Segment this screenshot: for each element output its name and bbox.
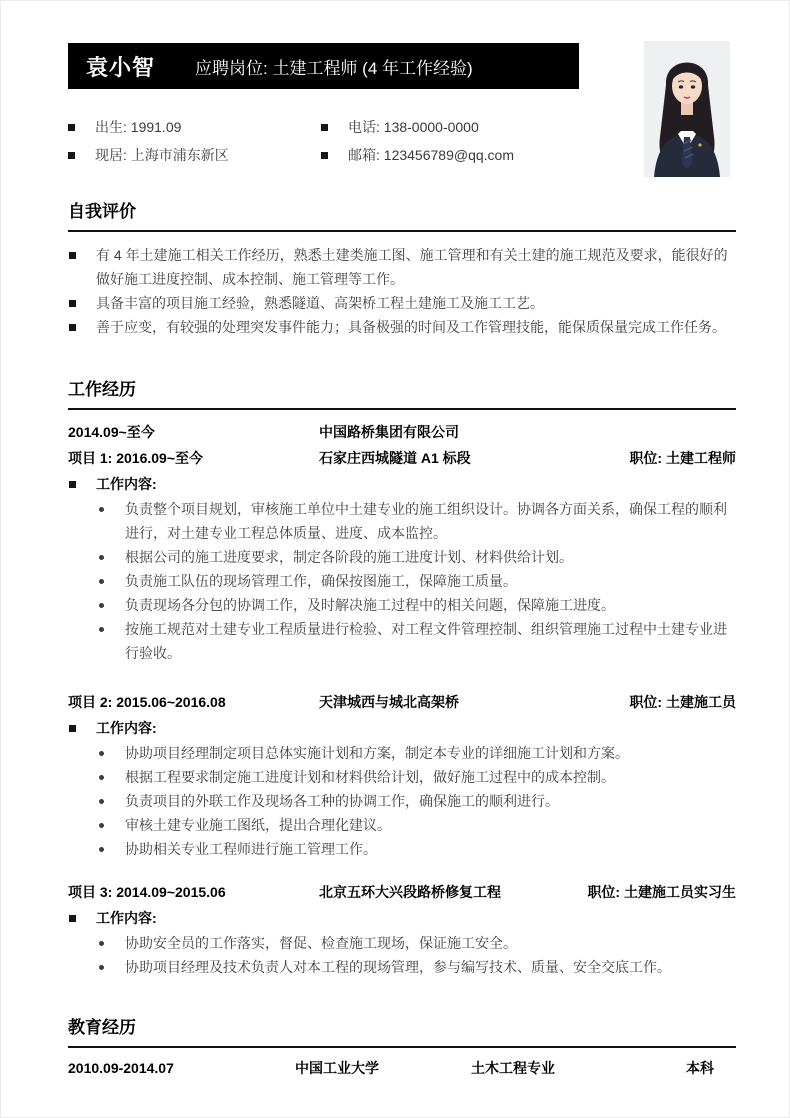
tasks-label-row: 工作内容: xyxy=(68,471,736,497)
bullet-square-icon xyxy=(68,124,75,131)
task-item: 负责施工队伍的现场管理工作，确保按图施工，保障施工质量。 xyxy=(68,569,736,593)
task-text: 根据工程要求制定施工进度计划和材料供给计划，做好施工过程中的成本控制。 xyxy=(125,765,736,789)
company-name: 中国路桥集团有限公司 xyxy=(319,419,736,445)
section-divider xyxy=(68,1046,736,1048)
bullet-square-icon xyxy=(69,725,76,732)
contact-item-residence: 现居: 上海市浦东新区 xyxy=(68,141,321,169)
task-list: 协助安全员的工作落实，督促、检查施工现场，保证施工安全。 协助项目经理及技术负责… xyxy=(68,931,736,979)
list-item: 具备丰富的项目施工经验，熟悉隧道、高架桥工程土建施工及施工工艺。 xyxy=(68,291,736,315)
section-self-evaluation: 自我评价 有 4 年土建施工相关工作经历，熟悉土建类施工图、施工管理和有关土建的… xyxy=(68,201,736,339)
section-divider xyxy=(68,408,736,410)
task-list: 协助项目经理制定项目总体实施计划和方案，制定本专业的详细施工计划和方案。 根据工… xyxy=(68,741,736,861)
project-position: 职位: 土建工程师 xyxy=(629,445,736,471)
bullet-square-icon xyxy=(69,915,76,922)
contact-item-email: 邮箱: 123456789@qq.com xyxy=(321,141,514,169)
project-header-row: 项目 3: 2014.09~2015.06 北京五环大兴段路桥修复工程 职位: … xyxy=(68,879,736,905)
task-list: 负责整个项目规划，审核施工单位中土建专业的施工组织设计。协调各方面关系，确保工程… xyxy=(68,497,736,665)
bullet-dot-icon xyxy=(99,941,104,946)
contact-text: 邮箱: 123456789@qq.com xyxy=(348,145,514,165)
task-text: 协助安全员的工作落实，督促、检查施工现场，保证施工安全。 xyxy=(125,931,736,955)
tasks-label: 工作内容: xyxy=(96,471,157,497)
bullet-dot-icon xyxy=(99,775,104,780)
bullet-dot-icon xyxy=(99,799,104,804)
contact-column-right: 电话: 138-0000-0000 邮箱: 123456789@qq.com xyxy=(321,113,514,169)
education-degree: 本科 xyxy=(686,1055,736,1081)
section-heading: 工作经历 xyxy=(68,379,736,401)
project-label: 项目 2: 2015.06~2016.08 xyxy=(68,689,319,715)
candidate-name: 袁小智 xyxy=(86,51,155,82)
task-text: 协助项目经理及技术负责人对本工程的现场管理，参与编写技术、质量、安全交底工作。 xyxy=(125,955,736,979)
project-header-row: 项目 2: 2015.06~2016.08 天津城西与城北高架桥 职位: 土建施… xyxy=(68,689,736,715)
resume-page: 袁小智 应聘岗位: 土建工程师 (4 年工作经验) 出生: 1991.09 现居… xyxy=(0,0,790,1118)
bullet-square-icon xyxy=(321,124,328,131)
project-label: 项目 3: 2014.09~2015.06 xyxy=(68,879,319,905)
task-item: 协助项目经理及技术负责人对本工程的现场管理，参与编写技术、质量、安全交底工作。 xyxy=(68,955,736,979)
tasks-label-row: 工作内容: xyxy=(68,905,736,931)
section-divider xyxy=(68,230,736,232)
bullet-dot-icon xyxy=(99,627,104,632)
employment-period: 2014.09~至今 xyxy=(68,419,319,445)
task-text: 负责现场各分包的协调工作，及时解决施工过程中的相关问题，保障施工进度。 xyxy=(125,593,736,617)
task-text: 按施工规范对土建专业工程质量进行检验、对工程文件管理控制、组织管理施工过程中土建… xyxy=(125,617,736,665)
task-item: 负责现场各分包的协调工作，及时解决施工过程中的相关问题，保障施工进度。 xyxy=(68,593,736,617)
header-bar: 袁小智 应聘岗位: 土建工程师 (4 年工作经验) xyxy=(68,43,579,89)
employer-row: 2014.09~至今 中国路桥集团有限公司 xyxy=(68,419,736,445)
bullet-square-icon xyxy=(69,481,76,488)
bullet-square-icon xyxy=(69,324,76,331)
bullet-square-icon xyxy=(69,300,76,307)
task-item: 负责项目的外联工作及现场各工种的协调工作，确保施工的顺利进行。 xyxy=(68,789,736,813)
task-item: 协助项目经理制定项目总体实施计划和方案，制定本专业的详细施工计划和方案。 xyxy=(68,741,736,765)
project-block: 项目 3: 2014.09~2015.06 北京五环大兴段路桥修复工程 职位: … xyxy=(68,879,736,979)
contact-item-birth: 出生: 1991.09 xyxy=(68,113,321,141)
task-item: 根据工程要求制定施工进度计划和材料供给计划，做好施工过程中的成本控制。 xyxy=(68,765,736,789)
project-block: 项目 1: 2016.09~至今 石家庄西城隧道 A1 标段 职位: 土建工程师… xyxy=(68,445,736,665)
bullet-dot-icon xyxy=(99,555,104,560)
education-school: 中国工业大学 xyxy=(295,1055,471,1081)
profile-photo xyxy=(644,41,730,177)
project-label: 项目 1: 2016.09~至今 xyxy=(68,445,319,471)
education-period: 2010.09-2014.07 xyxy=(68,1055,295,1081)
contact-column-left: 出生: 1991.09 现居: 上海市浦东新区 xyxy=(68,113,321,169)
project-position: 职位: 土建施工员 xyxy=(629,689,736,715)
tasks-label: 工作内容: xyxy=(96,715,157,741)
task-text: 负责整个项目规划，审核施工单位中土建专业的施工组织设计。协调各方面关系，确保工程… xyxy=(125,497,736,545)
bullet-square-icon xyxy=(321,152,328,159)
section-education: 教育经历 2010.09-2014.07 中国工业大学 土木工程专业 本科 xyxy=(68,1017,736,1081)
project-name: 石家庄西城隧道 A1 标段 xyxy=(319,445,629,471)
bullet-dot-icon xyxy=(99,751,104,756)
list-item-text: 有 4 年土建施工相关工作经历，熟悉土建类施工图、施工管理和有关土建的施工规范及… xyxy=(96,243,736,291)
task-text: 协助项目经理制定项目总体实施计划和方案，制定本专业的详细施工计划和方案。 xyxy=(125,741,736,765)
task-text: 负责项目的外联工作及现场各工种的协调工作，确保施工的顺利进行。 xyxy=(125,789,736,813)
section-heading: 教育经历 xyxy=(68,1017,736,1039)
project-name: 天津城西与城北高架桥 xyxy=(319,689,629,715)
bullet-square-icon xyxy=(68,152,75,159)
section-heading: 自我评价 xyxy=(68,201,736,223)
list-item-text: 善于应变，有较强的处理突发事件能力；具备极强的时间及工作管理技能，能保质保量完成… xyxy=(96,315,736,339)
applied-position: 应聘岗位: 土建工程师 (4 年工作经验) xyxy=(195,54,473,79)
task-item: 负责整个项目规划，审核施工单位中土建专业的施工组织设计。协调各方面关系，确保工程… xyxy=(68,497,736,545)
contact-item-phone: 电话: 138-0000-0000 xyxy=(321,113,514,141)
bullet-dot-icon xyxy=(99,965,104,970)
contact-section: 出生: 1991.09 现居: 上海市浦东新区 电话: 138-0000-000… xyxy=(68,113,628,169)
task-item: 审核土建专业施工图纸，提出合理化建议。 xyxy=(68,813,736,837)
education-major: 土木工程专业 xyxy=(471,1055,686,1081)
section-work-experience: 工作经历 2014.09~至今 中国路桥集团有限公司 项目 1: 2016.09… xyxy=(68,379,736,979)
task-text: 协助相关专业工程师进行施工管理工作。 xyxy=(125,837,736,861)
bullet-dot-icon xyxy=(99,579,104,584)
bullet-square-icon xyxy=(69,252,76,259)
contact-text: 电话: 138-0000-0000 xyxy=(348,117,479,137)
contact-text: 出生: 1991.09 xyxy=(95,117,181,137)
task-text: 负责施工队伍的现场管理工作，确保按图施工，保障施工质量。 xyxy=(125,569,736,593)
project-position: 职位: 土建施工员实习生 xyxy=(587,879,736,905)
task-text: 审核土建专业施工图纸，提出合理化建议。 xyxy=(125,813,736,837)
education-row: 2010.09-2014.07 中国工业大学 土木工程专业 本科 xyxy=(68,1055,736,1081)
task-item: 协助相关专业工程师进行施工管理工作。 xyxy=(68,837,736,861)
contact-text: 现居: 上海市浦东新区 xyxy=(95,145,229,165)
bullet-dot-icon xyxy=(99,603,104,608)
list-item-text: 具备丰富的项目施工经验，熟悉隧道、高架桥工程土建施工及施工工艺。 xyxy=(96,291,736,315)
task-text: 根据公司的施工进度要求，制定各阶段的施工进度计划、材料供给计划。 xyxy=(125,545,736,569)
bullet-dot-icon xyxy=(99,847,104,852)
bullet-dot-icon xyxy=(99,507,104,512)
self-evaluation-list: 有 4 年土建施工相关工作经历，熟悉土建类施工图、施工管理和有关土建的施工规范及… xyxy=(68,243,736,339)
tasks-label: 工作内容: xyxy=(96,905,157,931)
bullet-dot-icon xyxy=(99,823,104,828)
task-item: 根据公司的施工进度要求，制定各阶段的施工进度计划、材料供给计划。 xyxy=(68,545,736,569)
project-block: 项目 2: 2015.06~2016.08 天津城西与城北高架桥 职位: 土建施… xyxy=(68,689,736,861)
list-item: 善于应变，有较强的处理突发事件能力；具备极强的时间及工作管理技能，能保质保量完成… xyxy=(68,315,736,339)
work-rows: 2014.09~至今 中国路桥集团有限公司 项目 1: 2016.09~至今 石… xyxy=(68,419,736,979)
list-item: 有 4 年土建施工相关工作经历，熟悉土建类施工图、施工管理和有关土建的施工规范及… xyxy=(68,243,736,291)
project-header-row: 项目 1: 2016.09~至今 石家庄西城隧道 A1 标段 职位: 土建工程师 xyxy=(68,445,736,471)
task-item: 协助安全员的工作落实，督促、检查施工现场，保证施工安全。 xyxy=(68,931,736,955)
project-name: 北京五环大兴段路桥修复工程 xyxy=(319,879,587,905)
task-item: 按施工规范对土建专业工程质量进行检验、对工程文件管理控制、组织管理施工过程中土建… xyxy=(68,617,736,665)
tasks-label-row: 工作内容: xyxy=(68,715,736,741)
